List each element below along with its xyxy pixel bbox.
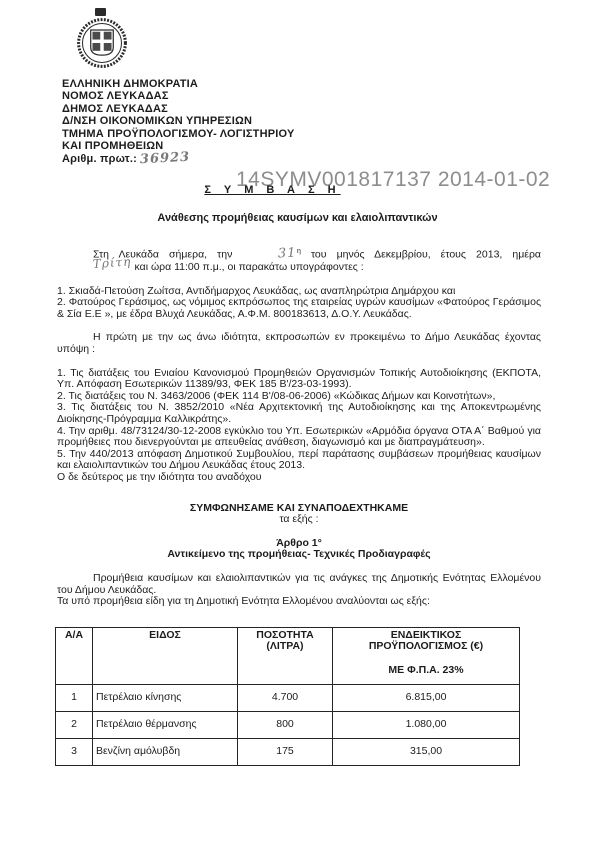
row-quantity: 175 (238, 738, 333, 765)
protocol-line: Αριθμ. πρωτ.: 36923 (62, 153, 295, 165)
budget-header-line2: ΠΡΟΫΠΟΛΟΓΙΣΜΟΣ (€) (336, 641, 516, 653)
article-subtitle: Αντικείμενο της προμήθειας- Τεχνικές Προ… (57, 549, 541, 561)
party-2: 2. Φατούρος Γεράσιμος, ως νόμιμος εκπρόσ… (57, 297, 541, 320)
legal-item-1: 1. Τις διατάξεις του Ενιαίου Κανονισμού … (57, 368, 541, 391)
letterhead-line-department: ΤΜΗΜΑ ΠΡΟΫΠΟΛΟΓΙΣΜΟΥ- ΛΟΓΙΣΤΗΡΙΟΥ (62, 128, 295, 140)
letterhead-line-municipality: ΔΗΜΟΣ ΛΕΥΚΑΔΑΣ (62, 103, 295, 115)
letterhead-line-prefecture: ΝΟΜΟΣ ΛΕΥΚΑΔΑΣ (62, 90, 295, 102)
supply-items-table: Α/Α ΕΙΔΟΣ ΠΟΣΟΤΗΤΑ (ΛΙΤΡΑ) ΕΝΔΕΙΚΤΙΚΟΣ Π… (55, 627, 520, 766)
day-number-handwritten: 31 (242, 247, 297, 261)
legal-item-5: 5. Την 440/2013 απόφαση Δημοτικού Συμβου… (57, 449, 541, 472)
document-page: ΕΛΛΗΝΙΚΗ ΔΗΜΟΚΡΑΤΙΑ ΝΟΜΟΣ ΛΕΥΚΑΔΑΣ ΔΗΜΟΣ… (0, 0, 595, 842)
protocol-number-handwritten: 36923 (140, 152, 191, 167)
document-body: Στη Λευκάδα σήμερα, την 31η του μηνός Δε… (57, 246, 541, 766)
day-name-handwritten: Τρίτη (57, 257, 132, 274)
letterhead-line-directorate: Δ/ΝΣΗ ΟΙΚΟΝΟΜΙΚΩΝ ΥΠΗΡΕΣΙΩΝ (62, 115, 295, 127)
agreement-sub: τα εξής : (57, 514, 541, 526)
row-budget: 6.815,00 (333, 684, 520, 711)
protocol-label: Αριθμ. πρωτ.: (62, 153, 137, 165)
row-quantity: 800 (238, 711, 333, 738)
col-header-quantity: ΠΟΣΟΤΗΤΑ (ΛΙΤΡΑ) (238, 627, 333, 684)
intro-part3: και ώρα 11:00 π.μ., οι παρακάτω υπογράφο… (135, 261, 364, 273)
row-index: 1 (56, 684, 93, 711)
legal-item-4: 4. Την αριθμ. 48/73124/30-12-2008 εγκύκλ… (57, 426, 541, 449)
document-title: Σ Υ Μ Β Α Σ Η (0, 185, 545, 197)
row-index: 3 (56, 738, 93, 765)
legal-closing-line: Ο δε δεύτερος με την ιδιότητα του αναδόχ… (57, 472, 541, 484)
parties-block: 1. Σκιαδά-Πετούση Ζωίτσα, Αντιδήμαρχος Λ… (57, 286, 541, 321)
day-ordinal-suffix: η (297, 248, 301, 255)
table-row: 3 Βενζίνη αμόλυβδη 175 315,00 (56, 738, 520, 765)
row-item: Πετρέλαιο θέρμανσης (93, 711, 238, 738)
considering-paragraph: Η πρώτη με την ως άνω ιδιότητα, εκπροσωπ… (57, 332, 541, 355)
quantity-header-line2: (ΛΙΤΡΑ) (241, 641, 329, 653)
article-paragraph-2: Τα υπό προμήθεια είδη για τη Δημοτική Εν… (57, 596, 541, 608)
table-row: 1 Πετρέλαιο κίνησης 4.700 6.815,00 (56, 684, 520, 711)
col-header-index: Α/Α (56, 627, 93, 684)
legal-basis-list: 1. Τις διατάξεις του Ενιαίου Κανονισμού … (57, 368, 541, 484)
legal-item-3: 3. Τις διατάξεις του Ν. 3852/2010 «Νέα Α… (57, 402, 541, 425)
letterhead: ΕΛΛΗΝΙΚΗ ΔΗΜΟΚΡΑΤΙΑ ΝΟΜΟΣ ΛΕΥΚΑΔΑΣ ΔΗΜΟΣ… (62, 78, 295, 166)
row-item: Βενζίνη αμόλυβδη (93, 738, 238, 765)
article-paragraph-1: Προμήθεια καυσίμων και ελαιολιπαντικών γ… (57, 573, 541, 596)
row-index: 2 (56, 711, 93, 738)
row-item: Πετρέλαιο κίνησης (93, 684, 238, 711)
row-quantity: 4.700 (238, 684, 333, 711)
intro-part2: του μηνός Δεκεμβρίου, έτους 2013, ημέρα (311, 249, 541, 261)
greek-emblem-icon (74, 17, 130, 69)
row-budget: 1.080,00 (333, 711, 520, 738)
document-subtitle: Ανάθεσης προμήθειας καυσίμων και ελαιολι… (0, 213, 595, 225)
table-header-row: Α/Α ΕΙΔΟΣ ΠΟΣΟΤΗΤΑ (ΛΙΤΡΑ) ΕΝΔΕΙΚΤΙΚΟΣ Π… (56, 627, 520, 684)
intro-paragraph: Στη Λευκάδα σήμερα, την 31η του μηνός Δε… (57, 246, 541, 274)
scan-artifact (95, 8, 106, 16)
budget-header-vat: ΜΕ Φ.Π.Α. 23% (336, 665, 516, 677)
table-row: 2 Πετρέλαιο θέρμανσης 800 1.080,00 (56, 711, 520, 738)
col-header-item: ΕΙΔΟΣ (93, 627, 238, 684)
letterhead-line-republic: ΕΛΛΗΝΙΚΗ ΔΗΜΟΚΡΑΤΙΑ (62, 78, 295, 90)
col-header-budget: ΕΝΔΕΙΚΤΙΚΟΣ ΠΡΟΫΠΟΛΟΓΙΣΜΟΣ (€) ΜΕ Φ.Π.Α.… (333, 627, 520, 684)
row-budget: 315,00 (333, 738, 520, 765)
